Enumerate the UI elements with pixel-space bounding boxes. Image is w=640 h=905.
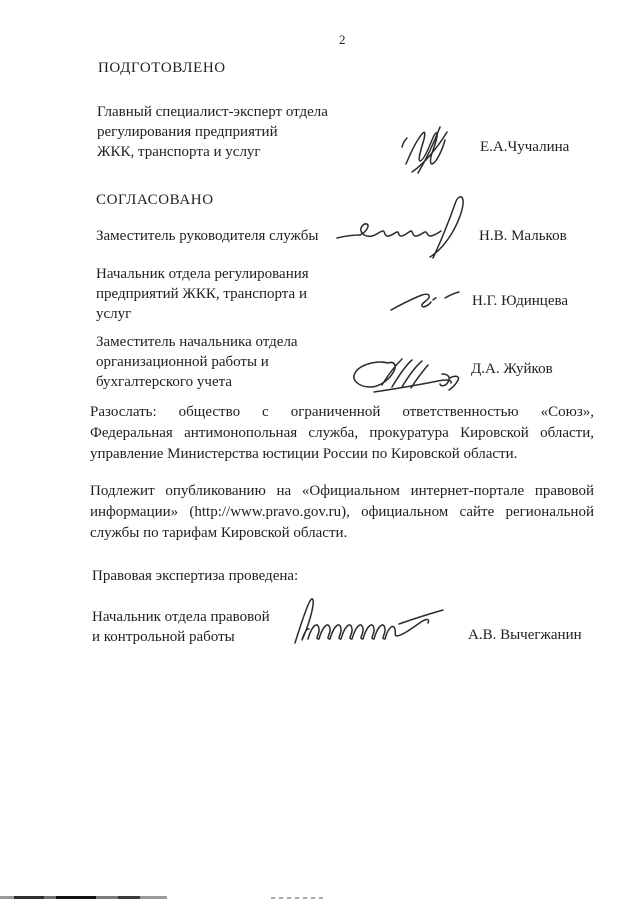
distribution-paragraph: Разослать: общество с ограниченной ответ… — [90, 402, 594, 465]
position-title-malkov: Заместитель руководителя службы — [96, 226, 318, 246]
paragraph-line: Федеральная антимонопольная служба, прок… — [90, 423, 594, 444]
paragraph-line: Разослать: общество с ограниченной ответ… — [90, 402, 594, 423]
signature-image-yudintseva — [389, 289, 474, 315]
position-line: Заместитель начальника отдела — [96, 332, 298, 352]
position-line: Начальник отдела правовой — [92, 607, 270, 627]
position-line: регулирования предприятий — [97, 122, 328, 142]
position-line: Начальник отдела регулирования — [96, 264, 309, 284]
signatory-name-zhuikov: Д.А. Жуйков — [471, 361, 553, 378]
position-line: предприятий ЖКК, транспорта и — [96, 284, 309, 304]
position-line: Заместитель руководителя службы — [96, 226, 318, 246]
position-line: ЖКК, транспорта и услуг — [97, 142, 328, 162]
paragraph-line: информации» (http://www.pravo.gov.ru), о… — [90, 502, 594, 523]
scan-artifact-dots — [271, 897, 323, 899]
prepared-heading: ПОДГОТОВЛЕНО — [98, 58, 226, 78]
publication-paragraph: Подлежит опубликованию на «Официальном и… — [90, 481, 594, 544]
scan-artifact-line — [0, 896, 167, 899]
paragraph-line: службы по тарифам Кировской области. — [90, 523, 594, 544]
position-line: и контрольной работы — [92, 627, 270, 647]
legal-review-label: Правовая экспертиза проведена: — [92, 566, 298, 586]
signatory-name-yudintseva: Н.Г. Юдинцева — [472, 293, 568, 310]
paragraph-line: управление Министерства юстиции России п… — [90, 444, 594, 465]
position-title-yudintseva: Начальник отдела регулирования предприят… — [96, 264, 309, 324]
signature-image-vychegzhanin — [283, 596, 453, 648]
signatory-name-chuchalina: Е.А.Чучалина — [480, 139, 569, 156]
paragraph-line: Подлежит опубликованию на «Официальном и… — [90, 481, 594, 502]
position-title-chuchalina: Главный специалист-эксперт отдела регули… — [97, 102, 328, 162]
position-line: бухгалтерского учета — [96, 372, 298, 392]
position-title-vychegzhanin: Начальник отдела правовой и контрольной … — [92, 607, 270, 647]
position-line: Главный специалист-эксперт отдела — [97, 102, 328, 122]
signatory-name-malkov: Н.В. Мальков — [479, 228, 567, 245]
position-line: услуг — [96, 304, 309, 324]
agreed-heading: СОГЛАСОВАНО — [96, 190, 214, 210]
signature-image-chuchalina — [392, 120, 452, 176]
page-number: 2 — [339, 32, 346, 48]
position-title-zhuikov: Заместитель начальника отдела организаци… — [96, 332, 298, 392]
signatory-name-vychegzhanin: А.В. Вычегжанин — [468, 627, 582, 644]
signature-image-zhuikov — [344, 352, 469, 398]
position-line: организационной работы и — [96, 352, 298, 372]
document-page: 2 ПОДГОТОВЛЕНО Главный специалист-экспер… — [0, 0, 640, 905]
signature-image-malkov — [333, 193, 478, 261]
